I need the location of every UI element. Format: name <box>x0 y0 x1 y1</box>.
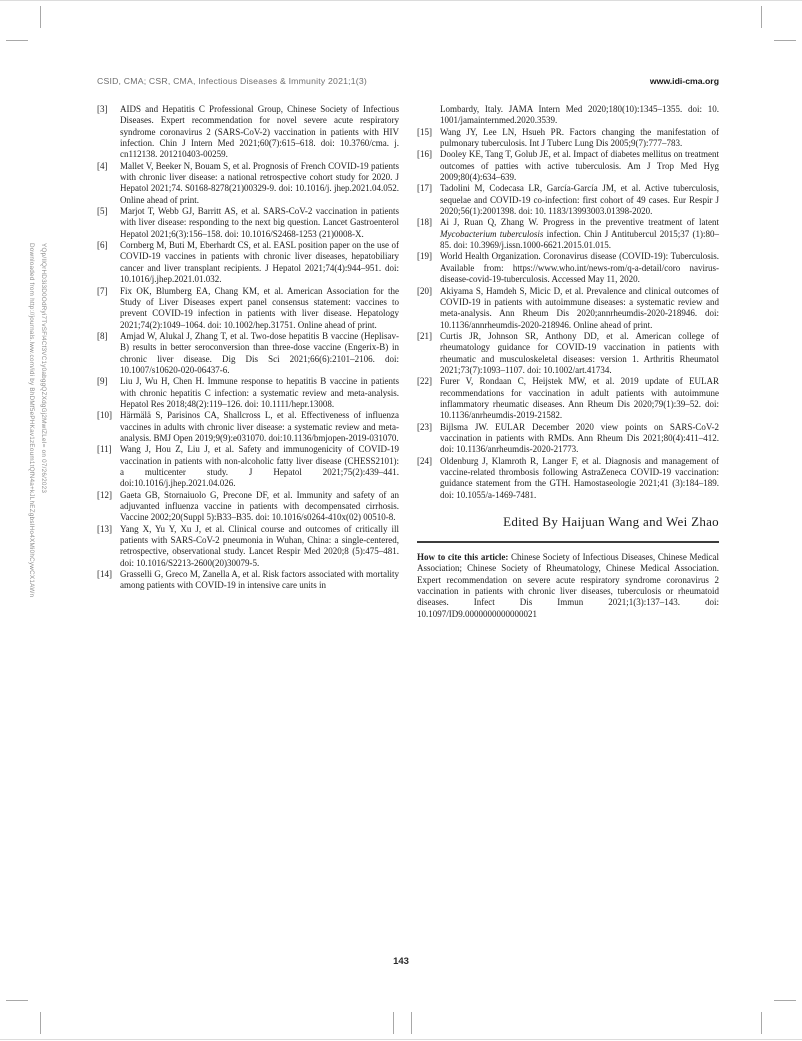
citation-divider-rule <box>417 541 719 543</box>
reference-item: Lombardy, Italy. JAMA Intern Med 2020;18… <box>417 104 719 127</box>
reference-number: [24] <box>417 456 440 467</box>
crop-mark-bottom-right-h <box>774 1000 796 1001</box>
reference-text: Grasselli G, Greco M, Zanella A, et al. … <box>120 569 399 590</box>
reference-italic-text: Mycobacterium tuberculosis <box>440 229 543 239</box>
reference-number: [3] <box>97 104 120 115</box>
reference-item: [5]Marjot T, Webb GJ, Barritt AS, et al.… <box>97 206 399 240</box>
reference-item: [8]Amjad W, Alukal J, Zhang T, et al. Tw… <box>97 331 399 376</box>
reference-text: Cornberg M, Buti M, Eberhardt CS, et al.… <box>120 240 399 284</box>
crop-mark-bottom-right-v <box>761 1012 762 1034</box>
reference-item: [4]Mallet V, Beeker N, Bouam S, et al. P… <box>97 161 399 206</box>
crop-mark-bottom-left-h <box>6 1000 28 1001</box>
reference-text: Mallet V, Beeker N, Bouam S, et al. Prog… <box>120 161 399 205</box>
crop-mark-top-right-h <box>774 40 796 41</box>
reference-number: [9] <box>97 376 120 387</box>
reference-item: [18]Ai J, Ruan Q, Zhang W. Progress in t… <box>417 217 719 251</box>
reference-item: [17]Tadolini M, Codecasa LR, García-Garc… <box>417 183 719 217</box>
reference-number: [20] <box>417 286 440 297</box>
reference-text: Curtis JR, Johnson SR, Anthony DD, et al… <box>440 331 719 375</box>
reference-text: Ai J, Ruan Q, Zhang W. Progress in the p… <box>440 217 719 227</box>
reference-item: [19]World Health Organization. Coronavir… <box>417 251 719 285</box>
reference-text: Marjot T, Webb GJ, Barritt AS, et al. SA… <box>120 206 399 239</box>
journal-page: Downloaded from http://journals.lww.com/… <box>0 0 802 1041</box>
reference-item: [6]Cornberg M, Buti M, Eberhardt CS, et … <box>97 240 399 285</box>
crop-mark-top-right-v <box>761 6 762 28</box>
reference-number: [5] <box>97 206 120 217</box>
reference-text: Oldenburg J, Klamroth R, Langer F, et al… <box>440 456 719 500</box>
reference-text: Wang J, Hou Z, Liu J, et al. Safety and … <box>120 444 399 488</box>
download-watermark-line1: Downloaded from http://journals.lww.com/… <box>25 243 37 597</box>
crop-mark-top-left-h <box>6 40 28 41</box>
crop-mark-bottom-left-v <box>40 1012 41 1034</box>
page-edge-bottom <box>0 1039 802 1040</box>
download-watermark: Downloaded from http://journals.lww.com/… <box>25 243 49 597</box>
page-edge-top <box>0 0 802 1</box>
crop-mark-top-left-v <box>40 6 41 28</box>
reference-item: [11]Wang J, Hou Z, Liu J, et al. Safety … <box>97 444 399 489</box>
reference-number: [18] <box>417 217 440 228</box>
reference-item: [21]Curtis JR, Johnson SR, Anthony DD, e… <box>417 331 719 376</box>
reference-number: [23] <box>417 422 440 433</box>
reference-text: Liu J, Wu H, Chen H. Immune response to … <box>120 376 399 409</box>
reference-text: Dooley KE, Tang T, Golub JE, et al. Impa… <box>440 149 719 182</box>
reference-item: [13]Yang X, Yu Y, Xu J, et al. Clinical … <box>97 524 399 569</box>
reference-number: [14] <box>97 569 120 580</box>
journal-citation-line: CSID, CMA; CSR, CMA, Infectious Diseases… <box>97 76 367 86</box>
references-column-right: Lombardy, Italy. JAMA Intern Med 2020;18… <box>417 104 719 620</box>
reference-item: [24]Oldenburg J, Klamroth R, Langer F, e… <box>417 456 719 501</box>
reference-number: [15] <box>417 127 440 138</box>
references-list-right: Lombardy, Italy. JAMA Intern Med 2020;18… <box>417 104 719 501</box>
how-to-cite-text: Chinese Society of Infectious Diseases, … <box>417 552 719 619</box>
reference-item: [3]AIDS and Hepatitis C Professional Gro… <box>97 104 399 161</box>
reference-text: Gaeta GB, Stornaiuolo G, Precone DF, et … <box>120 490 399 523</box>
reference-number: [12] <box>97 490 120 501</box>
reference-number: [22] <box>417 376 440 387</box>
reference-item: [22]Furer V, Rondaan C, Heijstek MW, et … <box>417 376 719 421</box>
page-number: 143 <box>0 956 802 967</box>
journal-website: www.idi-cma.org <box>650 76 719 86</box>
reference-text: Härmälä S, Parisinos CA, Shallcross L, e… <box>120 410 399 443</box>
reference-text: Amjad W, Alukal J, Zhang T, et al. Two-d… <box>120 331 399 375</box>
reference-text: AIDS and Hepatitis C Professional Group,… <box>120 104 399 159</box>
how-to-cite-block: How to cite this article: Chinese Societ… <box>417 552 719 620</box>
reference-item: [10]Härmälä S, Parisinos CA, Shallcross … <box>97 410 399 444</box>
crop-mark-bottom-center-1 <box>393 1012 394 1034</box>
reference-item: [20]Akiyama S, Hamdeh S, Micic D, et al.… <box>417 286 719 331</box>
how-to-cite-label: How to cite this article: <box>417 552 508 562</box>
reference-text: Yang X, Yu Y, Xu J, et al. Clinical cour… <box>120 524 399 568</box>
reference-item: [23]Bijlsma JW. EULAR December 2020 view… <box>417 422 719 456</box>
reference-number: [19] <box>417 251 440 262</box>
references-column-left: [3]AIDS and Hepatitis C Professional Gro… <box>97 104 399 592</box>
edited-by-line: Edited By Haijuan Wang and Wei Zhao <box>417 514 719 530</box>
reference-number: [6] <box>97 240 120 251</box>
reference-text: Furer V, Rondaan C, Heijstek MW, et al. … <box>440 376 719 420</box>
download-watermark-line2: YQp/IlQrHD3i3D0OdRyi7TvSFl4Cf3VC1y0abggQ… <box>37 243 49 597</box>
reference-number: [17] <box>417 183 440 194</box>
reference-item: [9]Liu J, Wu H, Chen H. Immune response … <box>97 376 399 410</box>
crop-mark-bottom-center-2 <box>411 1012 412 1034</box>
reference-text: Akiyama S, Hamdeh S, Micic D, et al. Pre… <box>440 286 719 330</box>
reference-number: [16] <box>417 149 440 160</box>
reference-number: [4] <box>97 161 120 172</box>
reference-text: World Health Organization. Coronavirus d… <box>440 251 719 284</box>
reference-number: [8] <box>97 331 120 342</box>
reference-text: Wang JY, Lee LN, Hsueh PR. Factors chang… <box>440 127 719 148</box>
reference-number: [7] <box>97 286 120 297</box>
reference-text: Lombardy, Italy. JAMA Intern Med 2020;18… <box>440 104 719 125</box>
reference-item: [15]Wang JY, Lee LN, Hsueh PR. Factors c… <box>417 127 719 150</box>
reference-number: [21] <box>417 331 440 342</box>
reference-number: [10] <box>97 410 120 421</box>
reference-number: [11] <box>97 444 120 455</box>
reference-item: [14]Grasselli G, Greco M, Zanella A, et … <box>97 569 399 592</box>
reference-item: [16]Dooley KE, Tang T, Golub JE, et al. … <box>417 149 719 183</box>
running-head: CSID, CMA; CSR, CMA, Infectious Diseases… <box>97 76 719 86</box>
reference-item: [7]Fix OK, Blumberg EA, Chang KM, et al.… <box>97 286 399 331</box>
reference-text: Bijlsma JW. EULAR December 2020 view poi… <box>440 422 719 455</box>
reference-text: Tadolini M, Codecasa LR, García-García J… <box>440 183 719 216</box>
reference-item: [12]Gaeta GB, Stornaiuolo G, Precone DF,… <box>97 490 399 524</box>
reference-text: Fix OK, Blumberg EA, Chang KM, et al. Am… <box>120 286 399 330</box>
reference-number: [13] <box>97 524 120 535</box>
